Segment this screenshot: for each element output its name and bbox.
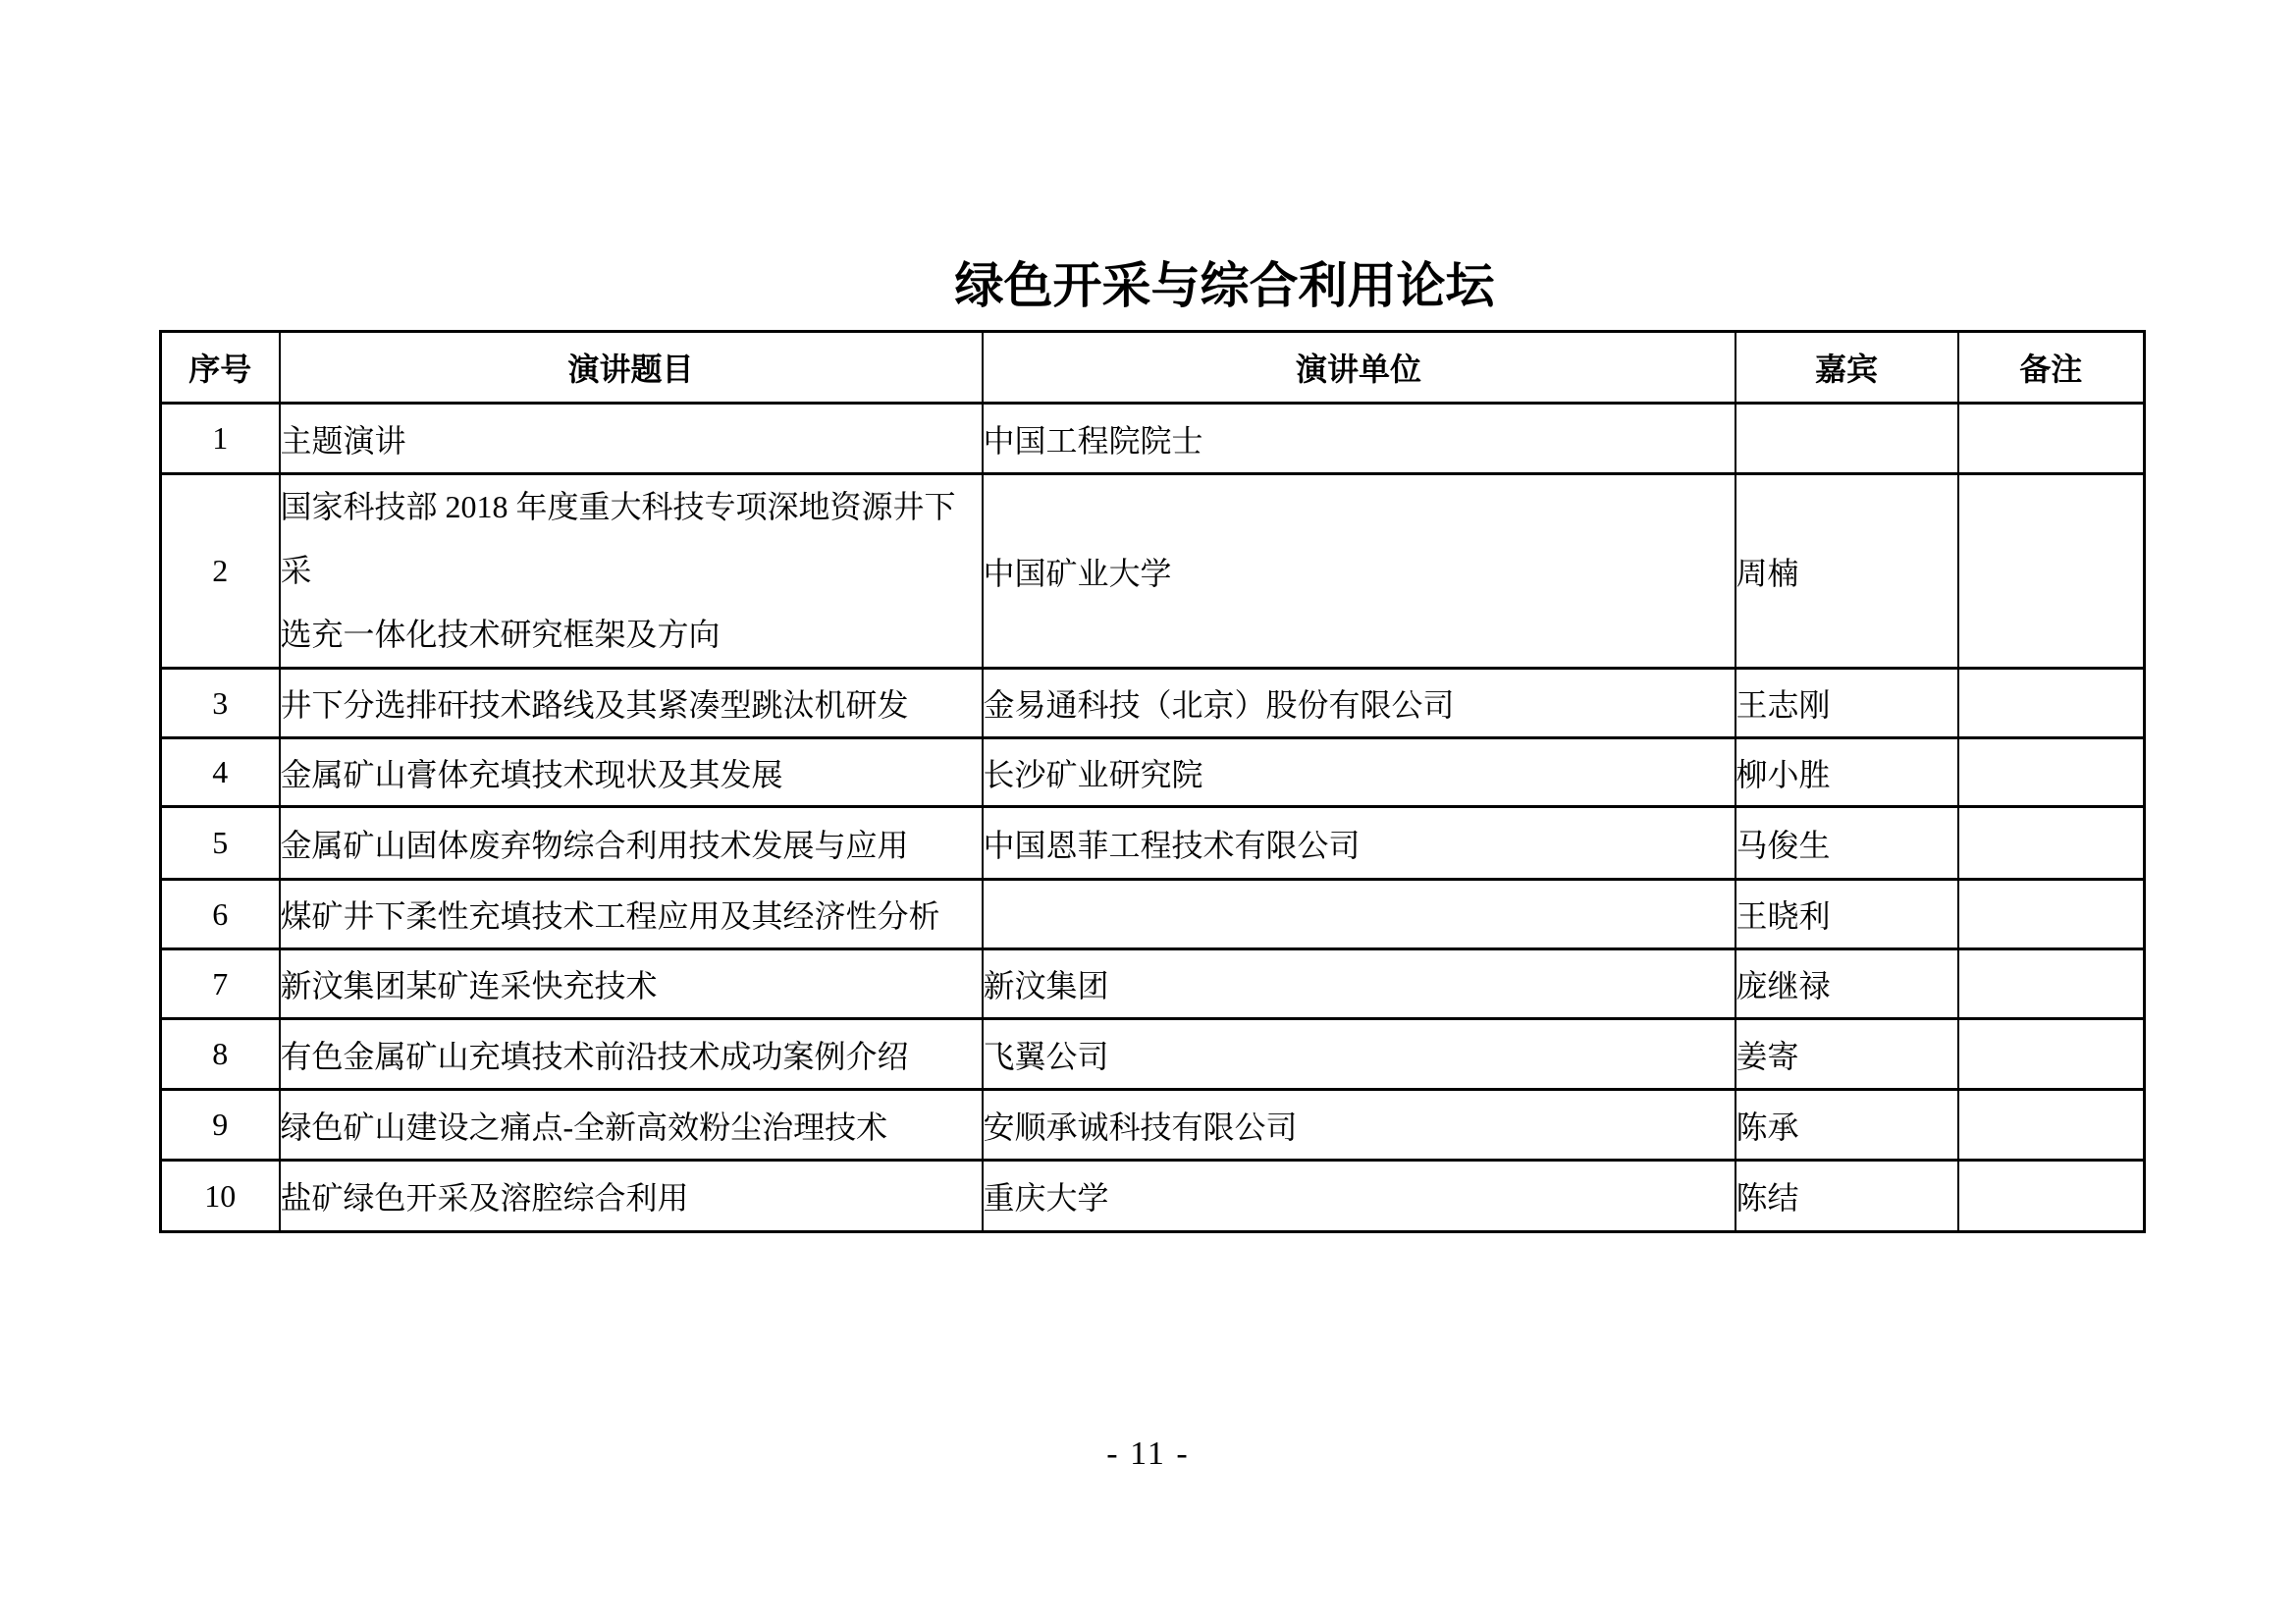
table-row: 1 主题演讲 中国工程院院士 <box>161 404 2145 474</box>
table-row: 9 绿色矿山建设之痛点-全新高效粉尘治理技术 安顺承诚科技有限公司 陈承 <box>161 1090 2145 1161</box>
cell-no: 2 <box>161 474 280 669</box>
table-row: 10 盐矿绿色开采及溶腔综合利用 重庆大学 陈结 <box>161 1161 2145 1232</box>
cell-no: 5 <box>161 807 280 880</box>
cell-org: 飞翼公司 <box>983 1019 1735 1090</box>
table-row: 6 煤矿井下柔性充填技术工程应用及其经济性分析 王晓利 <box>161 880 2145 949</box>
cell-org: 金易通科技（北京）股份有限公司 <box>983 669 1735 738</box>
table-row: 5 金属矿山固体废弃物综合利用技术发展与应用 中国恩菲工程技术有限公司 马俊生 <box>161 807 2145 880</box>
cell-topic: 新汶集团某矿连采快充技术 <box>280 949 983 1019</box>
cell-guest: 陈承 <box>1735 1090 1958 1161</box>
cell-topic: 煤矿井下柔性充填技术工程应用及其经济性分析 <box>280 880 983 949</box>
cell-note <box>1958 738 2145 807</box>
cell-guest: 王志刚 <box>1735 669 1958 738</box>
cell-no: 4 <box>161 738 280 807</box>
cell-guest: 周楠 <box>1735 474 1958 669</box>
cell-topic: 井下分选排矸技术路线及其紧凑型跳汰机研发 <box>280 669 983 738</box>
cell-topic: 金属矿山固体废弃物综合利用技术发展与应用 <box>280 807 983 880</box>
cell-no: 9 <box>161 1090 280 1161</box>
cell-org: 新汶集团 <box>983 949 1735 1019</box>
cell-topic: 国家科技部 2018 年度重大科技专项深地资源井下采 选充一体化技术研究框架及方… <box>280 474 983 669</box>
cell-no: 7 <box>161 949 280 1019</box>
header-org: 演讲单位 <box>983 332 1735 404</box>
cell-note <box>1958 1019 2145 1090</box>
table-row: 3 井下分选排矸技术路线及其紧凑型跳汰机研发 金易通科技（北京）股份有限公司 王… <box>161 669 2145 738</box>
header-guest: 嘉宾 <box>1735 332 1958 404</box>
cell-note <box>1958 949 2145 1019</box>
cell-guest: 姜寄 <box>1735 1019 1958 1090</box>
cell-guest: 王晓利 <box>1735 880 1958 949</box>
page-title-text: 绿色开采与综合利用论坛 <box>955 258 1495 313</box>
cell-note <box>1958 669 2145 738</box>
table-row: 4 金属矿山膏体充填技术现状及其发展 长沙矿业研究院 柳小胜 <box>161 738 2145 807</box>
cell-note <box>1958 1090 2145 1161</box>
table-header-row: 序号 演讲题目 演讲单位 嘉宾 备注 <box>161 332 2145 404</box>
table-row: 8 有色金属矿山充填技术前沿技术成功案例介绍 飞翼公司 姜寄 <box>161 1019 2145 1090</box>
cell-org: 中国恩菲工程技术有限公司 <box>983 807 1735 880</box>
cell-org: 中国矿业大学 <box>983 474 1735 669</box>
cell-guest: 马俊生 <box>1735 807 1958 880</box>
cell-org: 中国工程院院士 <box>983 404 1735 474</box>
cell-org: 重庆大学 <box>983 1161 1735 1232</box>
cell-org <box>983 880 1735 949</box>
cell-note <box>1958 1161 2145 1232</box>
cell-no: 10 <box>161 1161 280 1232</box>
table-row: 2 国家科技部 2018 年度重大科技专项深地资源井下采 选充一体化技术研究框架… <box>161 474 2145 669</box>
cell-topic: 主题演讲 <box>280 404 983 474</box>
header-topic: 演讲题目 <box>280 332 983 404</box>
header-no: 序号 <box>161 332 280 404</box>
cell-org: 长沙矿业研究院 <box>983 738 1735 807</box>
forum-schedule-table: 序号 演讲题目 演讲单位 嘉宾 备注 1 主题演讲 中国工程院院士 2 国家科技… <box>159 330 2146 1233</box>
cell-guest: 陈结 <box>1735 1161 1958 1232</box>
cell-org: 安顺承诚科技有限公司 <box>983 1090 1735 1161</box>
cell-topic: 有色金属矿山充填技术前沿技术成功案例介绍 <box>280 1019 983 1090</box>
page-number: - 11 - <box>0 1435 2296 1473</box>
cell-note <box>1958 474 2145 669</box>
cell-note <box>1958 807 2145 880</box>
page-title: 绿色开采与综合利用论坛 <box>0 259 2296 313</box>
cell-no: 6 <box>161 880 280 949</box>
cell-topic: 绿色矿山建设之痛点-全新高效粉尘治理技术 <box>280 1090 983 1161</box>
cell-no: 1 <box>161 404 280 474</box>
cell-topic: 金属矿山膏体充填技术现状及其发展 <box>280 738 983 807</box>
table-row: 7 新汶集团某矿连采快充技术 新汶集团 庞继禄 <box>161 949 2145 1019</box>
cell-guest <box>1735 404 1958 474</box>
cell-note <box>1958 880 2145 949</box>
cell-guest: 庞继禄 <box>1735 949 1958 1019</box>
cell-no: 3 <box>161 669 280 738</box>
cell-note <box>1958 404 2145 474</box>
cell-topic: 盐矿绿色开采及溶腔综合利用 <box>280 1161 983 1232</box>
cell-no: 8 <box>161 1019 280 1090</box>
cell-guest: 柳小胜 <box>1735 738 1958 807</box>
header-note: 备注 <box>1958 332 2145 404</box>
